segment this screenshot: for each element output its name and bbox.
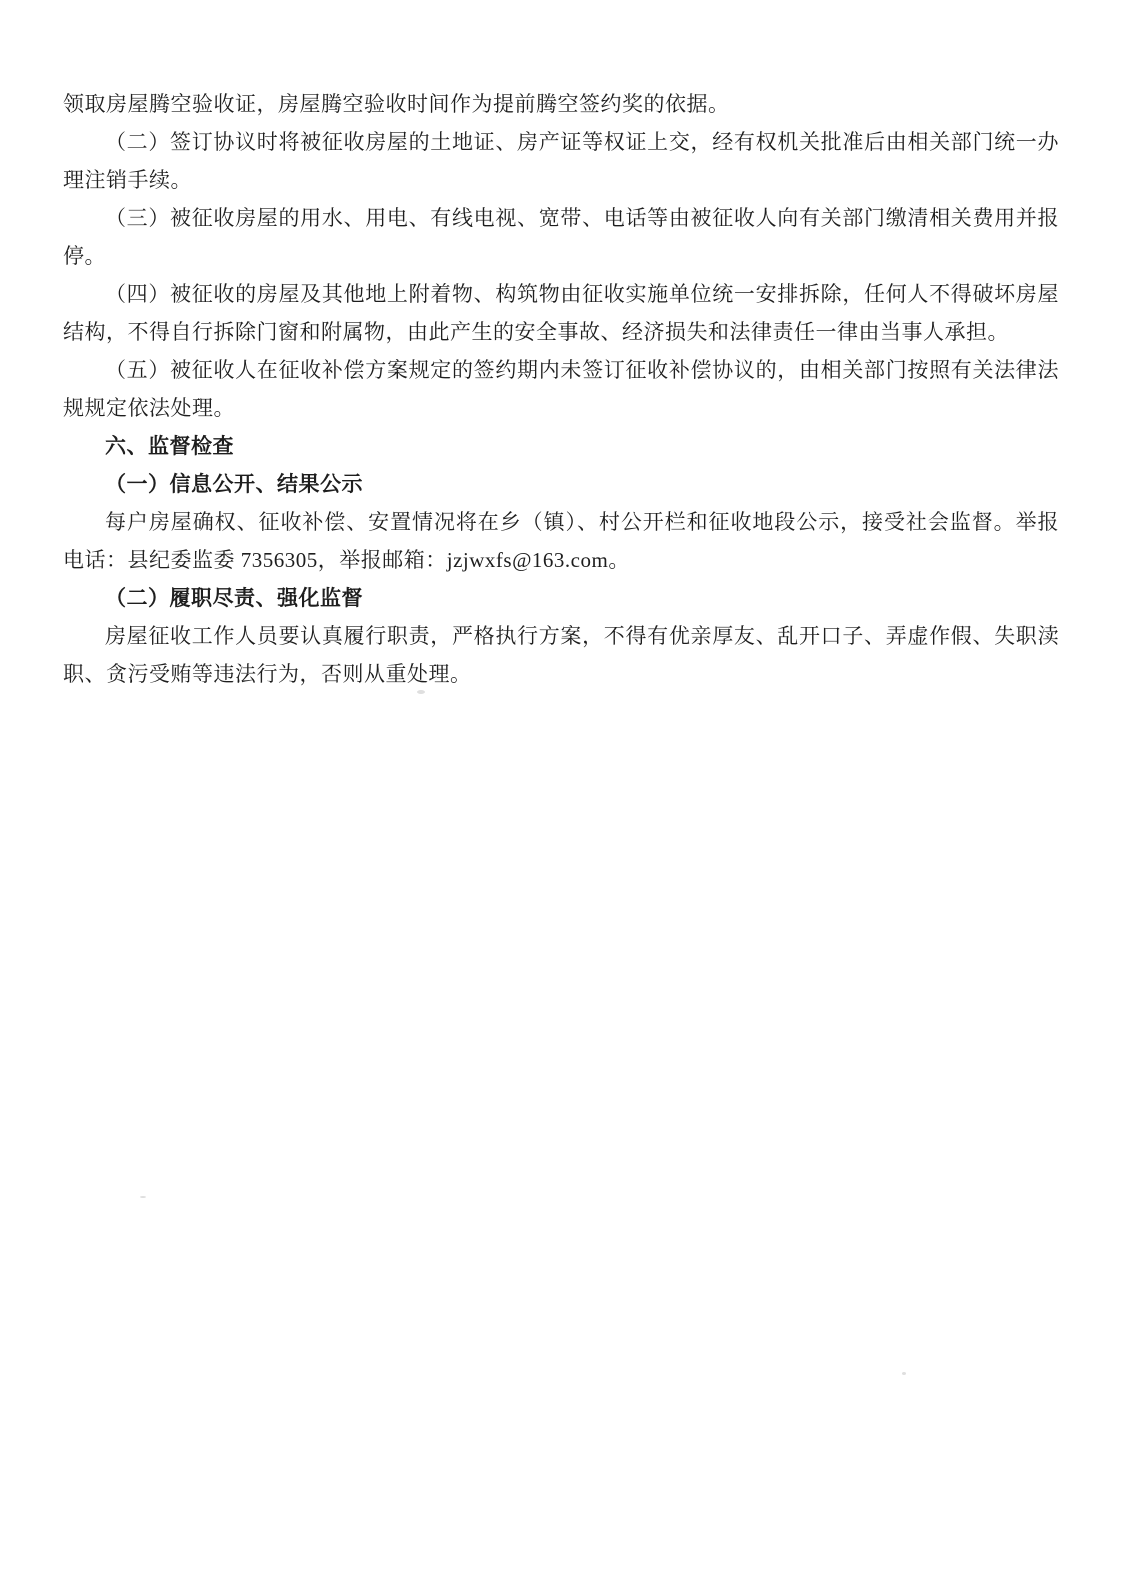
paragraph-continuation-vacate-certificate: 领取房屋腾空验收证，房屋腾空验收时间作为提前腾空签约奖的依据。 xyxy=(63,85,1059,123)
paragraph-staff-conduct: 房屋征收工作人员要认真履行职责，严格执行方案，不得有优亲厚友、乱开口子、弄虚作假… xyxy=(63,617,1059,693)
section-heading-supervision-inspection: 六、监督检查 xyxy=(63,427,1059,465)
paragraph-public-notice-contact: 每户房屋确权、征收补偿、安置情况将在乡（镇）、村公开栏和征收地段公示，接受社会监… xyxy=(63,503,1059,579)
subsection-heading-information-disclosure: （一）信息公开、结果公示 xyxy=(63,465,1059,503)
scan-speck xyxy=(417,690,425,694)
paragraph-item-3-utilities: （三）被征收房屋的用水、用电、有线电视、宽带、电话等由被征收人向有关部门缴清相关… xyxy=(63,199,1059,275)
paragraph-item-4-demolition: （四）被征收的房屋及其他地上附着物、构筑物由征收实施单位统一安排拆除，任何人不得… xyxy=(63,275,1059,351)
scan-speck xyxy=(140,1196,146,1198)
paragraph-item-5-unsigned-agreement: （五）被征收人在征收补偿方案规定的签约期内未签订征收补偿协议的，由相关部门按照有… xyxy=(63,351,1059,427)
scanned-document-page: 领取房屋腾空验收证，房屋腾空验收时间作为提前腾空签约奖的依据。 （二）签订协议时… xyxy=(0,0,1121,1586)
paragraph-item-2-title-deeds: （二）签订协议时将被征收房屋的土地证、房产证等权证上交，经有权机关批准后由相关部… xyxy=(63,123,1059,199)
scan-speck xyxy=(902,1372,906,1375)
subsection-heading-duty-supervision: （二）履职尽责、强化监督 xyxy=(63,579,1059,617)
